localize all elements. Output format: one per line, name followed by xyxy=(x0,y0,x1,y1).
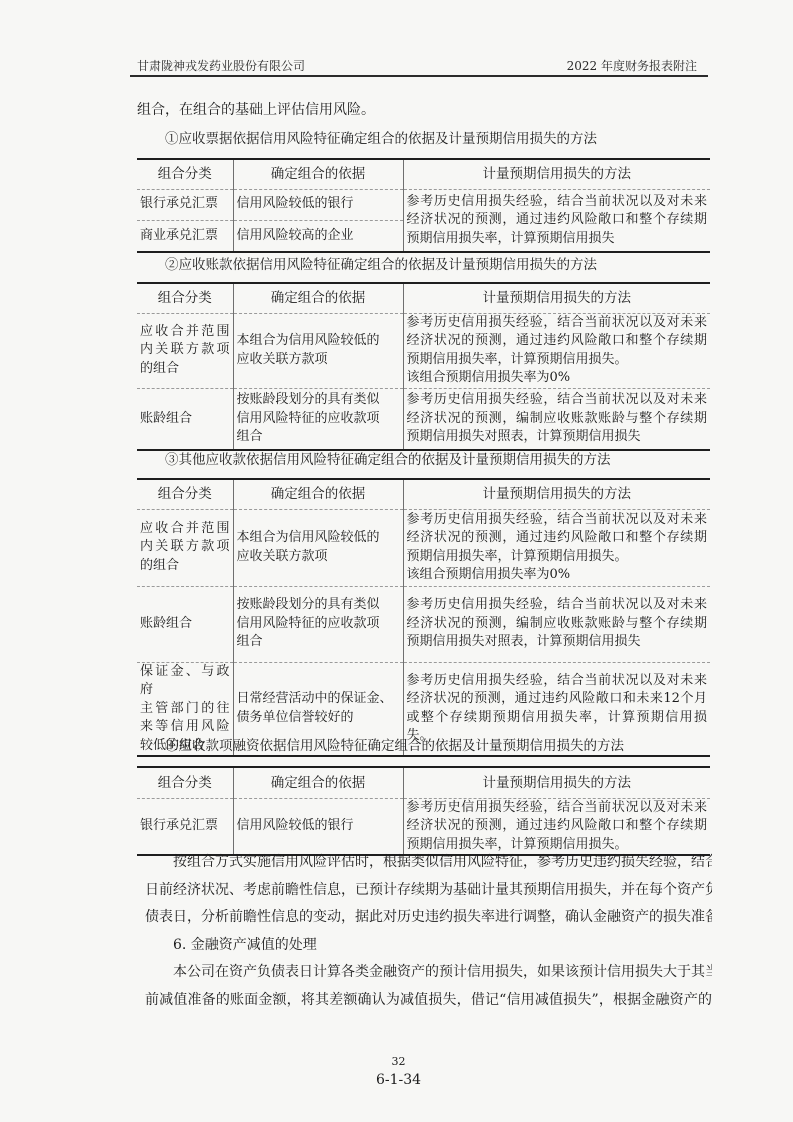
cell-line: 参考历史信用损失经验，结合当前状况以及对未来 xyxy=(407,596,708,615)
column-header-basis: 确定组合的依据 xyxy=(233,479,403,509)
cell-line: 信用风险较高的企业 xyxy=(237,227,400,246)
basis-cell: 按账龄段划分的具有类似 信用风险特征的应收款项 组合 xyxy=(233,586,403,662)
cell-line: 信用风险特征的应收款项 xyxy=(237,615,400,634)
basis-cell: 信用风险较低的银行 xyxy=(233,798,403,855)
cell-line: 应收合并范围 xyxy=(140,323,230,342)
cell-line: 预期信用损失率，计算预期信用损失。 xyxy=(407,351,708,370)
cell-line: 参考历史信用损失经验，结合当前状况以及对未来 xyxy=(407,511,708,530)
cell-line: 按账龄段划分的具有类似 xyxy=(237,391,400,410)
basis-cell: 信用风险较高的企业 xyxy=(233,220,403,252)
method-cell: 参考历史信用损失经验，结合当前状况以及对未来 经济状况的预测，通过违约风险敞口和… xyxy=(403,313,710,388)
cell-line: 账龄组合 xyxy=(140,615,230,634)
cell-line: 或整个存续期预期信用损失率，计算预期信用损 xyxy=(407,709,708,728)
category-cell: 应收合并范围 内关联方款项 的组合 xyxy=(137,313,233,388)
cell-line: 日常经营活动中的保证金、 xyxy=(237,690,400,709)
header-company-name: 甘肃陇神戎发药业股份有限公司 xyxy=(137,58,305,74)
cell-line: 应收关联方款项 xyxy=(237,548,400,567)
table-header-row: 组合分类 确定组合的依据 计量预期信用损失的方法 xyxy=(137,767,710,798)
method-cell: 参考历史信用损失经验，结合当前状况以及对未来 经济状况的预测，通过违约风险敞口和… xyxy=(403,189,710,252)
cell-line: 该组合预期信用损失率为0% xyxy=(407,566,708,585)
cell-line: 债务单位信誉较好的 xyxy=(237,709,400,728)
table-heading-notes-receivable: ①应收票据依据信用风险特征确定组合的依据及计量预期信用损失的方法 xyxy=(165,130,597,148)
column-header-method: 计量预期信用损失的方法 xyxy=(403,479,710,509)
header-rule xyxy=(130,75,708,77)
cell-line: 参考历史信用损失经验，结合当前状况以及对未来 xyxy=(407,193,708,212)
cell-line: 按账龄段划分的具有类似 xyxy=(237,596,400,615)
method-cell: 参考历史信用损失经验，结合当前状况以及对未来 经济状况的预测，通过违约风险敞口和… xyxy=(403,509,710,586)
method-cell: 参考历史信用损失经验，结合当前状况以及对未来 经济状况的预测，编制应收账款账龄与… xyxy=(403,388,710,450)
other-receivables-table: 组合分类 确定组合的依据 计量预期信用损失的方法 应收合并范围 内关联方款项 的… xyxy=(137,478,710,757)
paragraph-line: 前减值准备的账面金额，将其差额确认为减值损失，借记“信用减值损失”，根据金融资产… xyxy=(145,987,712,1015)
column-header-method: 计量预期信用损失的方法 xyxy=(403,283,710,313)
intro-line: 组合，在组合的基础上评估信用风险。 xyxy=(137,101,375,119)
category-cell: 银行承兑汇票 xyxy=(137,189,233,220)
paragraph-line: 本公司在资产负债表日计算各类金融资产的预计信用损失，如果该预计信用损失大于其当 xyxy=(145,959,712,987)
cell-line: 信用风险较低的银行 xyxy=(237,817,400,836)
cell-line: 预期信用损失率，计算预期信用损失。 xyxy=(407,548,708,567)
cell-line: 信用风险较低的银行 xyxy=(237,195,400,214)
category-cell: 商业承兑汇票 xyxy=(137,220,233,252)
basis-cell: 信用风险较低的银行 xyxy=(233,189,403,220)
column-header-basis: 确定组合的依据 xyxy=(233,283,403,313)
cell-line: 经济状况的预测，编制应收账款账龄与整个存续期 xyxy=(407,615,708,634)
table-heading-accounts-receivable: ②应收账款依据信用风险特征确定组合的依据及计量预期信用损失的方法 xyxy=(165,256,597,274)
cell-line: 内关联方款项 xyxy=(140,538,230,557)
table-header-row: 组合分类 确定组合的依据 计量预期信用损失的方法 xyxy=(137,479,710,509)
cell-line: 账龄组合 xyxy=(140,410,230,429)
cell-line: 参考历史信用损失经验，结合当前状况以及对未来 xyxy=(407,799,708,818)
cell-line: 银行承兑汇票 xyxy=(140,195,230,214)
table-row: 应收合并范围 内关联方款项 的组合 本组合为信用风险较低的 应收关联方款项 参考… xyxy=(137,509,710,586)
cell-line: 经济状况的预测，编制应收账款账龄与整个存续期 xyxy=(407,410,708,429)
table-header-row: 组合分类 确定组合的依据 计量预期信用损失的方法 xyxy=(137,159,710,189)
cell-line: 预期信用损失率，计算预期信用损失 xyxy=(407,230,708,249)
paragraph-line: 债表日，分析前瞻性信息的变动，据此对历史违约损失率进行调整，确认金融资产的损失准… xyxy=(145,904,712,932)
table-row: 账龄组合 按账龄段划分的具有类似 信用风险特征的应收款项 组合 参考历史信用损失… xyxy=(137,586,710,662)
category-cell: 应收合并范围 内关联方款项 的组合 xyxy=(137,509,233,586)
basis-cell: 本组合为信用风险较低的 应收关联方款项 xyxy=(233,313,403,388)
cell-line: 经济状况的预测，通过违约风险敞口和整个存续期 xyxy=(407,817,708,836)
cell-line: 参考历史信用损失经验，结合当前状况以及对未来 xyxy=(407,314,708,333)
paragraph-line: 按组合方式实施信用风险评估时，根据类似信用风险特征，参考历史违约损失经验，结合 xyxy=(145,849,712,877)
cell-line: 组合 xyxy=(237,633,400,652)
notes-receivable-table: 组合分类 确定组合的依据 计量预期信用损失的方法 银行承兑汇票 信用风险较低的银… xyxy=(137,158,710,253)
method-cell: 参考历史信用损失经验，结合当前状况以及对未来 经济状况的预测，通过违约风险敞口和… xyxy=(403,798,710,855)
cell-line: 经济状况的预测，通过违约风险敞口和整个存续期 xyxy=(407,332,708,351)
cell-line: 本组合为信用风险较低的 xyxy=(237,332,400,351)
document-page: 甘肃陇神戎发药业股份有限公司 2022 年度财务报表附注 组合，在组合的基础上评… xyxy=(0,0,793,1122)
paragraph-line: 日前经济状况、考虑前瞻性信息，已预计存续期为基础计量其预期信用损失，并在每个资产… xyxy=(145,877,712,905)
column-header-basis: 确定组合的依据 xyxy=(233,767,403,798)
table-header-row: 组合分类 确定组合的依据 计量预期信用损失的方法 xyxy=(137,283,710,313)
category-cell: 账龄组合 xyxy=(137,388,233,450)
cell-line: 预期信用损失对照表，计算预期信用损失 xyxy=(407,633,708,652)
cell-line: 的组合 xyxy=(140,360,230,379)
table-row: 银行承兑汇票 信用风险较低的银行 参考历史信用损失经验，结合当前状况以及对未来 … xyxy=(137,798,710,855)
column-header-method: 计量预期信用损失的方法 xyxy=(403,159,710,189)
section-heading: 6. 金融资产减值的处理 xyxy=(145,932,712,960)
cell-line: 参考历史信用损失经验，结合当前状况以及对未来 xyxy=(407,672,708,691)
column-header-method: 计量预期信用损失的方法 xyxy=(403,767,710,798)
category-cell: 银行承兑汇票 xyxy=(137,798,233,855)
cell-line: 应收合并范围 xyxy=(140,520,230,539)
cell-line: 主管部门的往 xyxy=(140,700,230,719)
page-code: 6-1-34 xyxy=(0,1071,793,1089)
header-report-title: 2022 年度财务报表附注 xyxy=(567,58,697,74)
table-row: 银行承兑汇票 信用风险较低的银行 参考历史信用损失经验，结合当前状况以及对未来 … xyxy=(137,189,710,220)
cell-line: 该组合预期信用损失率为0% xyxy=(407,369,708,388)
page-number: 32 xyxy=(0,1055,793,1069)
receivables-financing-table: 组合分类 确定组合的依据 计量预期信用损失的方法 银行承兑汇票 信用风险较低的银… xyxy=(137,766,710,856)
cell-line: 内关联方款项 xyxy=(140,341,230,360)
column-header-category: 组合分类 xyxy=(137,767,233,798)
cell-line: 来等信用风险 xyxy=(140,718,230,737)
cell-line: 应收关联方款项 xyxy=(237,351,400,370)
table-row: 应收合并范围 内关联方款项 的组合 本组合为信用风险较低的 应收关联方款项 参考… xyxy=(137,313,710,388)
cell-line: 商业承兑汇票 xyxy=(140,227,230,246)
cell-line: 预期信用损失对照表，计算预期信用损失 xyxy=(407,428,708,447)
category-cell: 账龄组合 xyxy=(137,586,233,662)
basis-cell: 按账龄段划分的具有类似 信用风险特征的应收款项 组合 xyxy=(233,388,403,450)
accounts-receivable-table: 组合分类 确定组合的依据 计量预期信用损失的方法 应收合并范围 内关联方款项 的… xyxy=(137,282,710,451)
table-row: 账龄组合 按账龄段划分的具有类似 信用风险特征的应收款项 组合 参考历史信用损失… xyxy=(137,388,710,450)
cell-line: 保证金、与政府 xyxy=(140,663,230,700)
cell-line: 的组合 xyxy=(140,557,230,576)
column-header-basis: 确定组合的依据 xyxy=(233,159,403,189)
basis-cell: 本组合为信用风险较低的 应收关联方款项 xyxy=(233,509,403,586)
cell-line: 经济状况的预测，通过违约风险敞口和整个存续期 xyxy=(407,529,708,548)
column-header-category: 组合分类 xyxy=(137,283,233,313)
cell-line: 组合 xyxy=(237,428,400,447)
cell-line: 经济状况的预测，通过违约风险敞口和未来12个月 xyxy=(407,690,708,709)
cell-line: 参考历史信用损失经验，结合当前状况以及对未来 xyxy=(407,391,708,410)
column-header-category: 组合分类 xyxy=(137,479,233,509)
cell-line: 信用风险特征的应收款项 xyxy=(237,410,400,429)
body-text: 按组合方式实施信用风险评估时，根据类似信用风险特征，参考历史违约损失经验，结合 … xyxy=(145,849,712,1014)
table-heading-receivables-financing: ④应收款项融资依据信用风险特征确定组合的依据及计量预期信用损失的方法 xyxy=(165,737,624,755)
method-cell: 参考历史信用损失经验，结合当前状况以及对未来 经济状况的预测，编制应收账款账龄与… xyxy=(403,586,710,662)
column-header-category: 组合分类 xyxy=(137,159,233,189)
cell-line: 本组合为信用风险较低的 xyxy=(237,529,400,548)
cell-line: 银行承兑汇票 xyxy=(140,817,230,836)
table-heading-other-receivables: ③其他应收款依据信用风险特征确定组合的依据及计量预期信用损失的方法 xyxy=(165,451,611,469)
cell-line: 经济状况的预测，通过违约风险敞口和整个存续期 xyxy=(407,211,708,230)
